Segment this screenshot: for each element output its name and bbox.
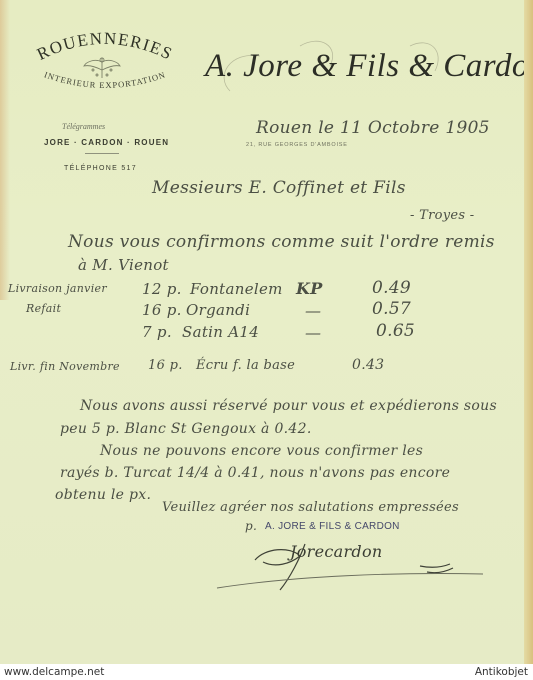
recipient-name: Messieurs E. Coffinet et Fils <box>152 178 406 198</box>
extra-note: Livr. fin Novembre <box>10 360 120 373</box>
order-note: Refait <box>26 302 61 315</box>
svg-text:INTERIEUR EXPORTATION: INTERIEUR EXPORTATION <box>43 69 167 90</box>
telegram-label: Télégrammes <box>62 122 105 131</box>
recipient-place: - Troyes - <box>410 208 474 223</box>
watermark-delcampe: www.delcampe.net <box>4 666 104 678</box>
extra-item: Écru f. la base <box>196 358 295 373</box>
order-price: 0.57 <box>372 299 411 319</box>
para2-line3: obtenu le px. <box>55 487 151 503</box>
intro-line-cont: à M. Vienot <box>78 256 169 274</box>
order-price: 0.65 <box>376 321 415 341</box>
stamp-prefix: p. <box>245 519 257 533</box>
divider <box>85 153 119 154</box>
company-stamp: A. JORE & FILS & CARDON <box>265 521 400 532</box>
para1-line1: Nous avons aussi réservé pour vous et ex… <box>80 398 497 414</box>
order-ref: — <box>305 323 321 342</box>
subtitle-text: INTERIEUR EXPORTATION <box>43 69 167 90</box>
order-qty: 16 p. <box>142 301 182 319</box>
firm-name: A. Jore & Fils & Cardon <box>205 48 533 85</box>
para2-line1: Nous ne pouvons encore vous confirmer le… <box>100 443 423 459</box>
order-price: 0.49 <box>372 278 411 298</box>
order-item: Satin A14 <box>182 323 259 341</box>
street-address: 21, RUE GEORGES D'AMBOISE <box>246 142 348 148</box>
para1-line2: peu 5 p. Blanc St Gengoux à 0.42. <box>60 421 312 437</box>
telegram-address: JORE · CARDON · ROUEN <box>44 138 169 147</box>
telephone-number: TÉLÉPHONE 517 <box>64 165 137 172</box>
order-qty: 12 p. <box>142 280 182 298</box>
order-qty: 7 p. <box>142 323 172 341</box>
order-item: Organdi <box>186 301 250 319</box>
order-item: Fontanelem <box>190 280 283 298</box>
para2-line2: rayés b. Turcat 14/4 à 0.41, nous n'avon… <box>60 465 450 481</box>
extra-price: 0.43 <box>352 357 384 373</box>
order-note: Livraison janvier <box>8 282 107 295</box>
extra-qty: 16 p. <box>148 358 183 373</box>
watermark-antikobjet: Antikobjet <box>475 666 528 678</box>
date-line: Rouen le 11 Octobre 1905 <box>256 118 490 138</box>
signature-underline <box>215 570 485 590</box>
intro-line: Nous vous confirmons comme suit l'ordre … <box>68 232 495 252</box>
letter-sheet: ROUENNERIES INTERIEUR EXPORTATION Télégr… <box>0 0 533 664</box>
order-ref: — <box>305 301 321 320</box>
closing-line: Veuillez agréer nos salutations empressé… <box>162 500 459 515</box>
subtitle-arc: INTERIEUR EXPORTATION <box>30 68 180 98</box>
order-ref: KP <box>296 279 323 298</box>
